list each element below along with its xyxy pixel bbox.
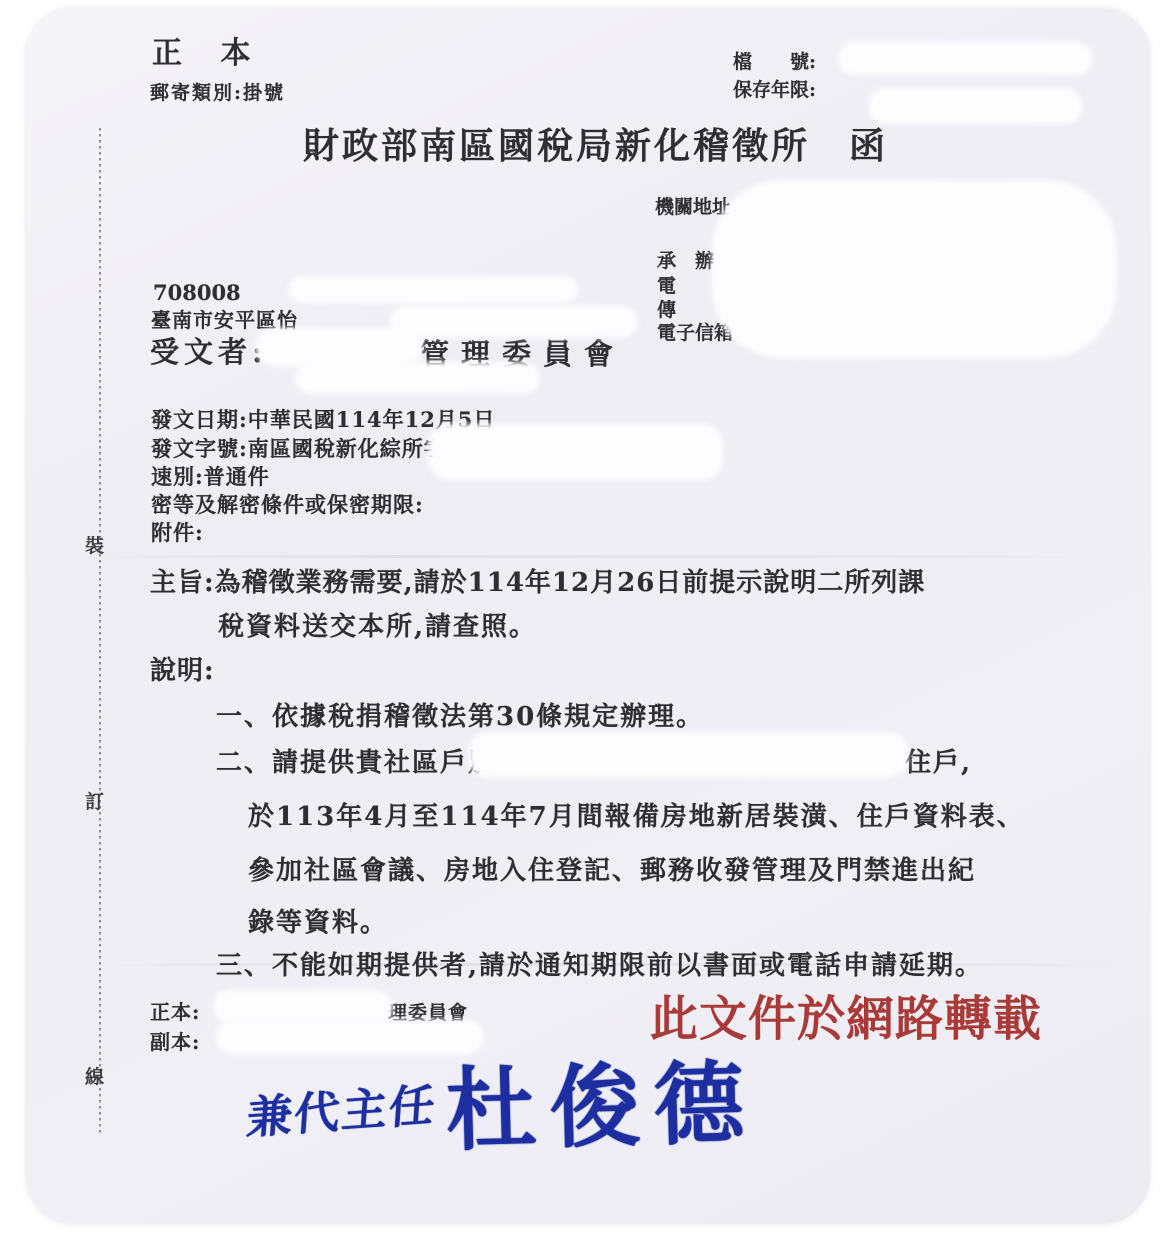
redaction-address-2 xyxy=(390,306,638,338)
binding-mark-zhuang: 裝 xyxy=(85,531,104,558)
redaction-household-info xyxy=(468,732,908,778)
redaction-file-number xyxy=(838,42,1093,75)
subject-line-1: 主旨:為稽徵業務需要,請於114年12月26日前提示說明二所列課 xyxy=(150,562,925,599)
signer-title: 兼代主任 xyxy=(245,1068,439,1146)
cc-copy-label: 副本: xyxy=(150,1026,200,1055)
binding-dotted-line xyxy=(99,128,101,1136)
recipient-label: 受文者: xyxy=(150,330,268,371)
file-number-label: 檔 號: xyxy=(733,47,816,74)
explanation-item-2-line-2: 於113年4月至114年7月間報備房地新居裝潢、住戶資料表、 xyxy=(248,796,1025,833)
binding-mark-ding: 訂 xyxy=(85,787,104,814)
binding-mark-xian: 線 xyxy=(85,1062,104,1089)
redaction-below-recipient xyxy=(295,362,540,394)
agency-address-label: 機關地址 xyxy=(655,192,731,219)
explanation-item-2-prefix: 二、請提供貴社區戶別 xyxy=(216,742,496,779)
attachment-field: 附件: xyxy=(151,517,204,547)
redaction-original-copy xyxy=(213,990,393,1024)
explanation-item-2-line-4: 錄等資料。 xyxy=(248,902,388,939)
redaction-retention xyxy=(868,88,1083,124)
explanation-item-1: 一、依據稅捐稽徵法第30條規定辦理。 xyxy=(216,696,704,733)
explanation-item-2-suffix: 住戶, xyxy=(905,742,972,779)
officer-label: 承 辦 xyxy=(657,246,714,273)
zip-code: 708008 xyxy=(153,280,241,305)
redaction-recipient-name xyxy=(255,328,423,366)
explanation-item-3: 三、不能如期提供者,請於通知期限前以書面或電話申請延期。 xyxy=(216,945,983,982)
redaction-agency-contact xyxy=(712,180,1117,358)
signer-name: 杜俊德 xyxy=(445,1058,759,1156)
redaction-address-1 xyxy=(288,276,578,303)
explanation-heading: 說明: xyxy=(150,650,215,687)
secrecy-field: 密等及解密條件或保密期限: xyxy=(151,489,424,519)
red-watermark-text: 此文件於網路轉載 xyxy=(650,980,1042,1049)
document-title: 財政部南區國稅局新化稽徵所 函 xyxy=(303,118,888,169)
copy-type-label: 正 本 xyxy=(152,28,264,72)
fold-crease xyxy=(56,555,1171,558)
original-copy-label: 正本: xyxy=(150,996,200,1025)
retention-period-label: 保存年限: xyxy=(733,75,816,102)
explanation-item-2-line-3: 參加社區會議、房地入住登記、郵務收發管理及門禁進出紀 xyxy=(248,850,976,887)
mail-class-label: 郵寄類別:掛號 xyxy=(150,78,285,105)
redaction-cc-copy xyxy=(216,1020,484,1054)
redaction-doc-number xyxy=(428,424,723,480)
subject-line-2: 稅資料送交本所,請查照。 xyxy=(218,606,537,643)
phone-label: 電 xyxy=(657,271,676,298)
speed-class: 速別:普通件 xyxy=(151,461,270,491)
signature-stamp: 兼代主任 杜俊德 xyxy=(248,1062,758,1152)
doc-number: 發文字號:南區國稅新化綜所字 xyxy=(151,433,446,463)
scanned-letter: { "document": { "header": { "copy_label"… xyxy=(0,0,1176,1237)
